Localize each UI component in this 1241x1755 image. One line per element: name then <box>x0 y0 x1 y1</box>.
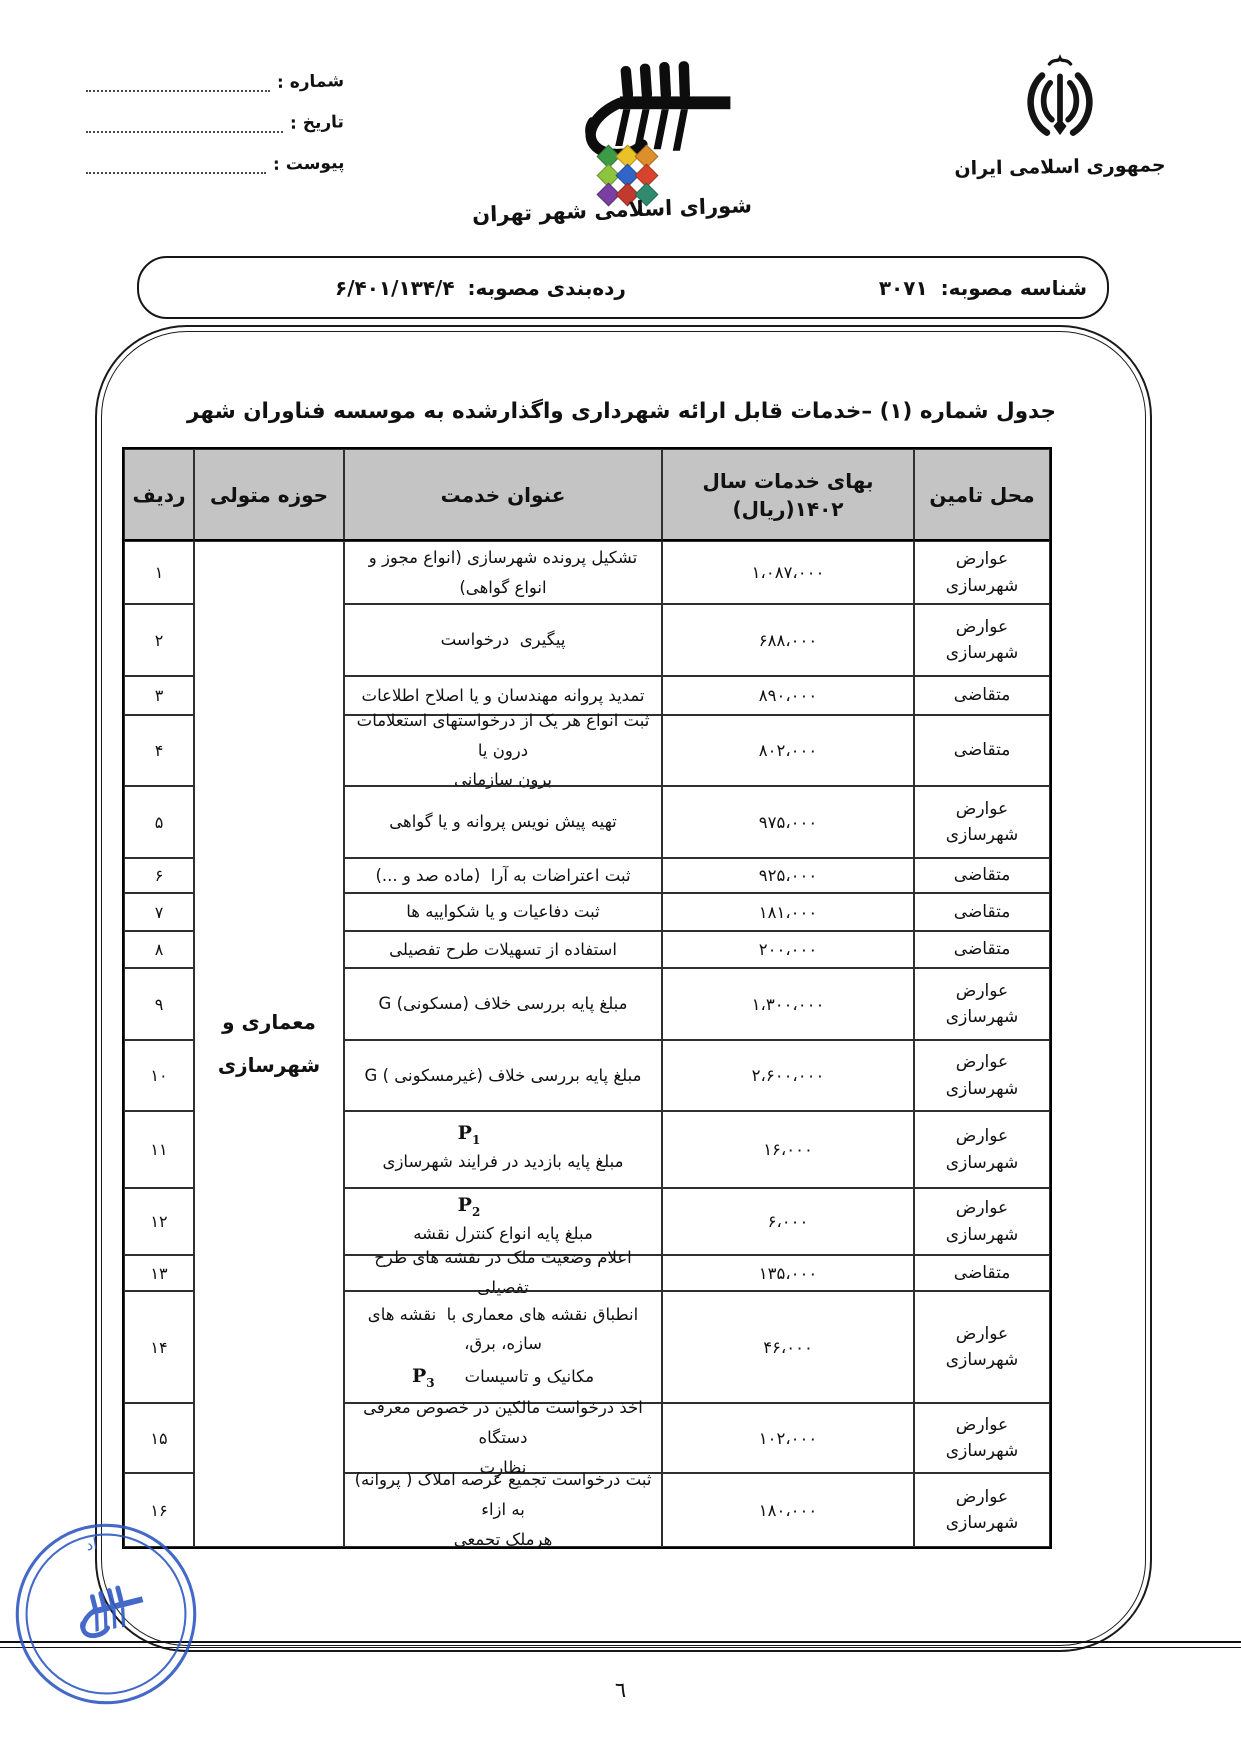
service-line: مکانیک و تاسیساتP3 <box>412 1359 594 1394</box>
approval-id-label: شناسه مصوبه: <box>941 276 1087 300</box>
domain-cell: معماری و شهرسازی <box>194 541 344 1547</box>
dotted-line <box>86 159 266 174</box>
service-line: ثبت درخواست تجمیع عرصه املاک ( پروانه) ب… <box>353 1465 653 1524</box>
service-cell: اعلام وضعیت ملک در نقشه های طرح تفصیلی <box>344 1255 662 1291</box>
stamp-logo <box>74 1581 149 1639</box>
approval-bar: شناسه مصوبه: ۳۰۷۱ رده‌بندی مصوبه: ۶/۴۰۱/… <box>137 256 1109 319</box>
row-number-cell: ۹ <box>124 968 194 1040</box>
source-cell: عوارض شهرسازی <box>914 968 1050 1040</box>
header-price: بهای خدمات سال ۱۴۰۲(ریال) <box>662 449 914 541</box>
price-cell: ۱۳۵،۰۰۰ <box>662 1255 914 1291</box>
row-number-cell: ۱۴ <box>124 1291 194 1403</box>
council-logo-icon <box>564 50 732 158</box>
service-line: ثبت دفاعیات و یا شکواییه ها <box>406 897 599 927</box>
row-number-cell: ۵ <box>124 786 194 858</box>
row-number-cell: ۴ <box>124 715 194 786</box>
field-label-number: شماره : <box>277 71 345 93</box>
source-cell: متقاضی <box>914 893 1050 931</box>
service-cell: ثبت اعتراضات به آرا (ماده صد و ...) <box>344 858 662 893</box>
price-cell: ۲۰۰،۰۰۰ <box>662 931 914 968</box>
source-cell: عوارض شهرسازی <box>914 1403 1050 1473</box>
price-cell: ۱،۳۰۰،۰۰۰ <box>662 968 914 1040</box>
approval-class-label: رده‌بندی مصوبه: <box>468 276 626 300</box>
source-cell: عوارض شهرسازی <box>914 541 1050 604</box>
service-line: مبلغ پایه بازدید در فرایند شهرسازی <box>383 1147 624 1177</box>
row-number-cell: ۳ <box>124 676 194 715</box>
header-row: ردیف <box>124 449 194 541</box>
table-title: جدول شماره (۱) –خدمات قابل ارائه شهرداری… <box>95 399 1148 424</box>
source-cell: عوارض شهرسازی <box>914 1291 1050 1403</box>
header-price-line1: بهای خدمات سال <box>703 467 874 495</box>
dotted-line <box>86 77 270 92</box>
service-line: تشکیل پرونده شهرسازی (انواع مجوز و انواع… <box>353 543 653 602</box>
price-cell: ۴۶،۰۰۰ <box>662 1291 914 1403</box>
price-cell: ۸۰۲،۰۰۰ <box>662 715 914 786</box>
service-line: مبلغ پایه بررسی خلاف (مسکونی) G <box>379 989 628 1019</box>
service-cell: ثبت درخواست تجمیع عرصه املاک ( پروانه) ب… <box>344 1473 662 1547</box>
row-number-cell: ۱۳ <box>124 1255 194 1291</box>
source-cell: عوارض شهرسازی <box>914 1040 1050 1111</box>
price-cell: ۱،۰۸۷،۰۰۰ <box>662 541 914 604</box>
price-cell: ۱۸۰،۰۰۰ <box>662 1473 914 1547</box>
price-cell: ۶،۰۰۰ <box>662 1188 914 1255</box>
price-cell: ۱۰۲،۰۰۰ <box>662 1403 914 1473</box>
price-cell: ۲،۶۰۰،۰۰۰ <box>662 1040 914 1111</box>
source-cell: متقاضی <box>914 676 1050 715</box>
formula-symbol: P2 <box>458 1195 481 1219</box>
price-cell: ۹۲۵،۰۰۰ <box>662 858 914 893</box>
service-line: انطباق نقشه های معماری با نقشه های سازه،… <box>353 1300 653 1359</box>
header-price-line2: ۱۴۰۲(ریال) <box>733 495 844 523</box>
field-number: شماره : <box>86 72 344 92</box>
formula-symbol: P3 <box>412 1359 435 1394</box>
service-line: ثبت اعتراضات به آرا (ماده صد و ...) <box>375 861 630 891</box>
approval-id: شناسه مصوبه: ۳۰۷۱ <box>879 276 1087 300</box>
service-line: پیگیری درخواست <box>441 625 566 655</box>
service-line: ثبت انواع هر یک از درخواستهای استعلامات … <box>353 706 653 765</box>
field-date: تاریخ : <box>86 113 344 133</box>
service-cell: P1مبلغ پایه بازدید در فرایند شهرسازی <box>344 1111 662 1188</box>
header-service: عنوان خدمت <box>344 449 662 541</box>
row-number-cell: ۱۰ <box>124 1040 194 1111</box>
field-label-date: تاریخ : <box>290 112 344 133</box>
row-number-cell: ۱۲ <box>124 1188 194 1255</box>
formula-symbol: P1 <box>458 1123 481 1147</box>
council-logo-block: شورای اسلامی شهر تهران <box>472 46 752 241</box>
source-cell: عوارض شهرسازی <box>914 1111 1050 1188</box>
source-cell: عوارض شهرسازی <box>914 786 1050 858</box>
service-cell: تهیه پیش نویس پروانه و یا گواهی <box>344 786 662 858</box>
source-cell: متقاضی <box>914 931 1050 968</box>
price-cell: ۱۸۱،۰۰۰ <box>662 893 914 931</box>
domain-line1: معماری و <box>222 1001 316 1044</box>
row-number-cell: ۱ <box>124 541 194 604</box>
source-cell: عوارض شهرسازی <box>914 1188 1050 1255</box>
field-attachment: پیوست : <box>86 154 344 174</box>
source-cell: متقاضی <box>914 858 1050 893</box>
domain-line2: شهرسازی <box>218 1044 320 1087</box>
price-cell: ۹۷۵،۰۰۰ <box>662 786 914 858</box>
approval-classification: رده‌بندی مصوبه: ۶/۴۰۱/۱۳۴/۴ <box>335 276 626 300</box>
service-cell: مبلغ پایه بررسی خلاف (مسکونی) G <box>344 968 662 1040</box>
source-cell: عوارض شهرسازی <box>914 1473 1050 1547</box>
stamp-ring-text: اداره مصوبات شورای اسلامی شهر تهران <box>0 1503 100 1580</box>
iran-emblem-caption: جمهوری اسلامی ایران <box>950 154 1170 180</box>
row-number-cell: ۸ <box>124 931 194 968</box>
header-source: محل تامین <box>914 449 1050 541</box>
services-table: محل تامین بهای خدمات سال ۱۴۰۲(ریال) عنوا… <box>122 447 1052 1549</box>
service-cell: انطباق نقشه های معماری با نقشه های سازه،… <box>344 1291 662 1403</box>
source-cell: عوارض شهرسازی <box>914 604 1050 676</box>
service-cell: ثبت انواع هر یک از درخواستهای استعلامات … <box>344 715 662 786</box>
row-number-cell: ۷ <box>124 893 194 931</box>
service-cell: ثبت دفاعیات و یا شکواییه ها <box>344 893 662 931</box>
iran-emblem-block: جمهوری اسلامی ایران <box>950 50 1170 178</box>
approval-id-value: ۳۰۷۱ <box>879 276 928 300</box>
approval-class-value: ۶/۴۰۱/۱۳۴/۴ <box>335 276 455 300</box>
dotted-line <box>86 118 283 133</box>
document-page: شماره : تاریخ : پیوست : <box>0 0 1241 1755</box>
row-number-cell: ۱۱ <box>124 1111 194 1188</box>
header-domain: حوزه متولی <box>194 449 344 541</box>
service-line: استفاده از تسهیلات طرح تفصیلی <box>389 935 617 965</box>
row-number-cell: ۶ <box>124 858 194 893</box>
service-cell: تشکیل پرونده شهرسازی (انواع مجوز و انواع… <box>344 541 662 604</box>
source-cell: متقاضی <box>914 1255 1050 1291</box>
row-number-cell: ۲ <box>124 604 194 676</box>
header-fields: شماره : تاریخ : پیوست : <box>86 72 344 195</box>
service-line: هرملک تجمعی <box>454 1525 553 1555</box>
service-cell: اخذ درخواست مالکین در خصوص معرفی دستگاهن… <box>344 1403 662 1473</box>
service-cell: مبلغ پایه بررسی خلاف (غیرمسکونی ) G <box>344 1040 662 1111</box>
price-cell: ۶۸۸،۰۰۰ <box>662 604 914 676</box>
council-logo-caption: شورای اسلامی شهر تهران <box>472 193 753 227</box>
row-number-cell: ۱۵ <box>124 1403 194 1473</box>
service-line: اخذ درخواست مالکین در خصوص معرفی دستگاه <box>353 1393 653 1452</box>
service-cell: پیگیری درخواست <box>344 604 662 676</box>
svg-text:اداره مصوبات شورای اسلامی شهر: اداره مصوبات شورای اسلامی شهر تهران <box>0 1503 100 1580</box>
service-line: مبلغ پایه بررسی خلاف (غیرمسکونی ) G <box>365 1061 642 1091</box>
field-label-attachment: پیوست : <box>272 153 344 175</box>
price-cell: ۸۹۰،۰۰۰ <box>662 676 914 715</box>
price-cell: ۱۶،۰۰۰ <box>662 1111 914 1188</box>
service-line: تهیه پیش نویس پروانه و یا گواهی <box>389 807 617 837</box>
iran-emblem-icon <box>1011 50 1109 150</box>
service-cell: استفاده از تسهیلات طرح تفصیلی <box>344 931 662 968</box>
source-cell: متقاضی <box>914 715 1050 786</box>
